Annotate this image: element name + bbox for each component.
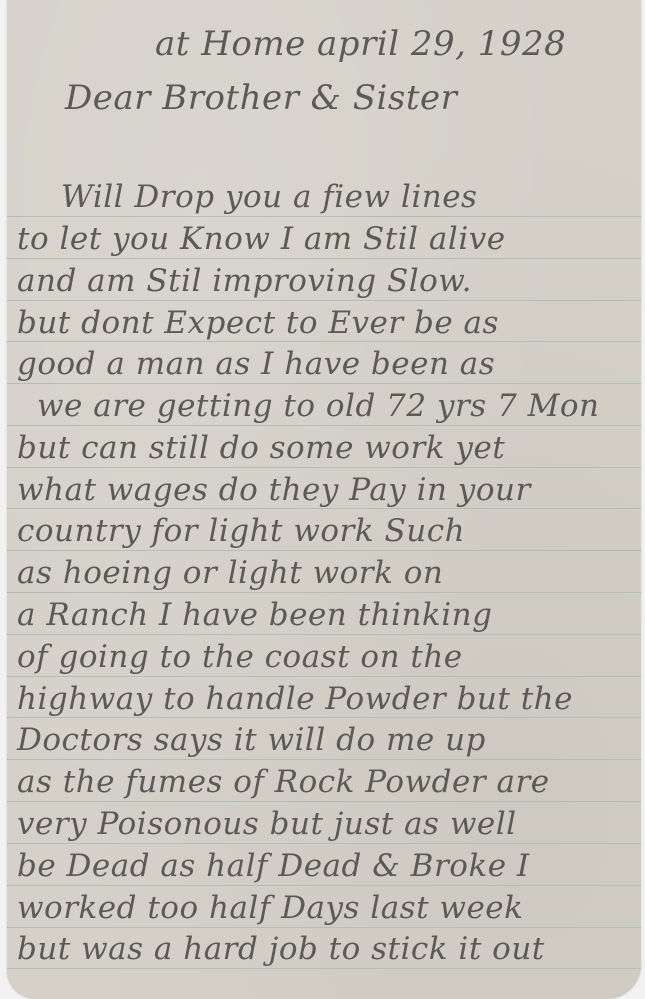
body-line: of going to the coast on the (17, 640, 463, 674)
ruled-line (7, 717, 641, 718)
ruled-line (7, 592, 641, 593)
body-line: be Dead as half Dead & Broke I (17, 849, 530, 883)
ruled-line (7, 550, 641, 551)
ruled-line (7, 676, 641, 677)
body-line: but was a hard job to stick it out (17, 932, 545, 966)
salutation: Dear Brother & Sister (65, 78, 457, 118)
body-line: as hoeing or light work on (17, 556, 443, 590)
body-line: as the fumes of Rock Powder are (17, 765, 550, 799)
ruled-line (7, 759, 641, 760)
body-line: very Poisonous but just as well (17, 807, 517, 841)
body-line: but can still do some work yet (17, 431, 505, 465)
ruled-line (7, 383, 641, 384)
letter-page: at Home april 29, 1928 Dear Brother & Si… (7, 0, 641, 999)
ruled-line (7, 258, 641, 259)
ruled-line (7, 843, 641, 844)
body-line: a Ranch I have been thinking (17, 598, 492, 632)
ruled-line (7, 508, 641, 509)
body-line: Doctors says it will do me up (17, 723, 486, 757)
body-line: to let you Know I am Stil alive (17, 222, 506, 256)
body-line: we are getting to old 72 yrs 7 Mon (37, 389, 600, 423)
ruled-line (7, 801, 641, 802)
ruled-line (7, 216, 641, 217)
ruled-line (7, 634, 641, 635)
body-line: country for light work Such (17, 514, 465, 548)
body-line: worked too half Days last week (17, 891, 523, 925)
ruled-line (7, 300, 641, 301)
body-line: Will Drop you a fiew lines (61, 180, 477, 214)
ruled-line (7, 425, 641, 426)
body-line: and am Stil improving Slow. (17, 264, 472, 298)
ruled-line (7, 885, 641, 886)
ruled-line (7, 341, 641, 342)
body-line: what wages do they Pay in your (17, 473, 531, 507)
ruled-line (7, 968, 641, 969)
body-line: but dont Expect to Ever be as (17, 306, 499, 340)
body-line: highway to handle Powder but the (17, 682, 573, 716)
ruled-line (7, 927, 641, 928)
body-line: good a man as I have been as (17, 347, 495, 381)
ruled-line (7, 467, 641, 468)
place-date-heading: at Home april 29, 1928 (155, 24, 566, 64)
